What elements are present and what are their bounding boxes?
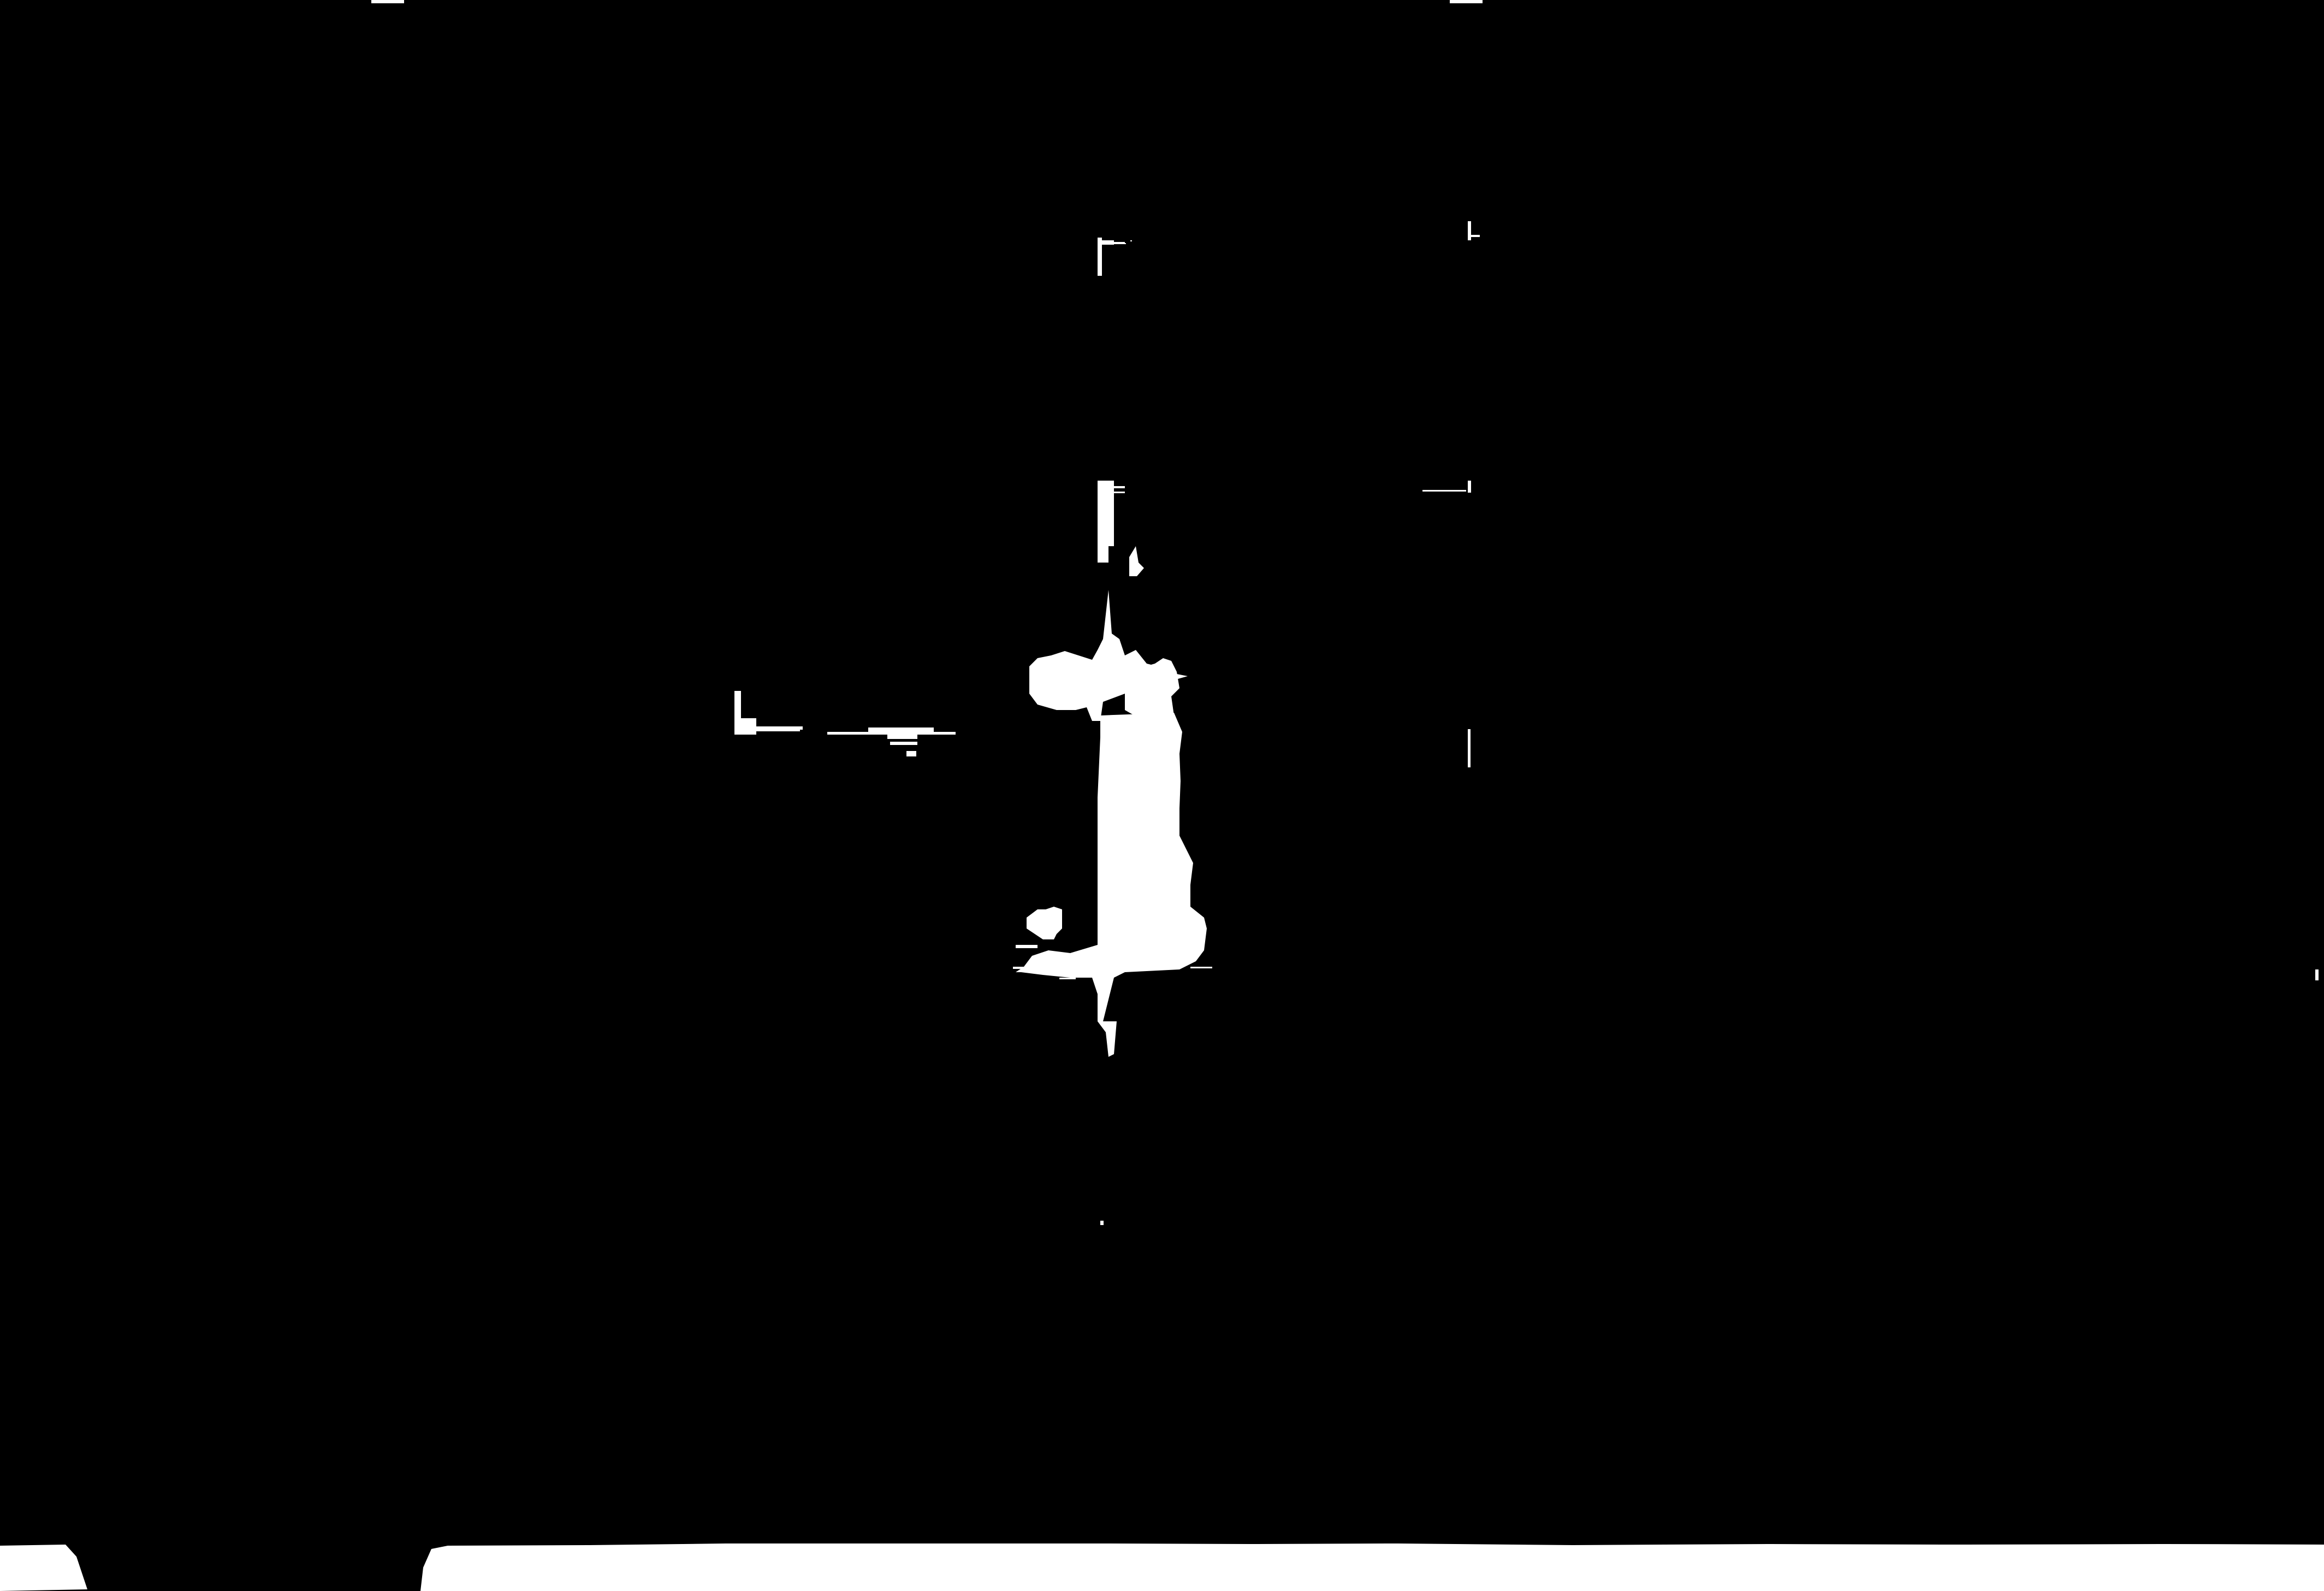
right-mid-marks	[1422, 481, 1471, 767]
bottom-band	[0, 1543, 2324, 1591]
central-silhouette	[1013, 590, 1212, 1057]
image-canvas	[0, 0, 2324, 1591]
upper-bracket-right	[1468, 221, 1480, 240]
mid-fragment	[1098, 481, 1144, 576]
right-edge-fragment	[2315, 969, 2319, 980]
upper-bracket-left	[1098, 238, 1132, 276]
left-horizontal-fragment	[734, 691, 956, 756]
silhouette-artwork	[0, 0, 2324, 1591]
top-edge-specks	[371, 0, 1483, 3]
small-dot	[1100, 1221, 1104, 1225]
